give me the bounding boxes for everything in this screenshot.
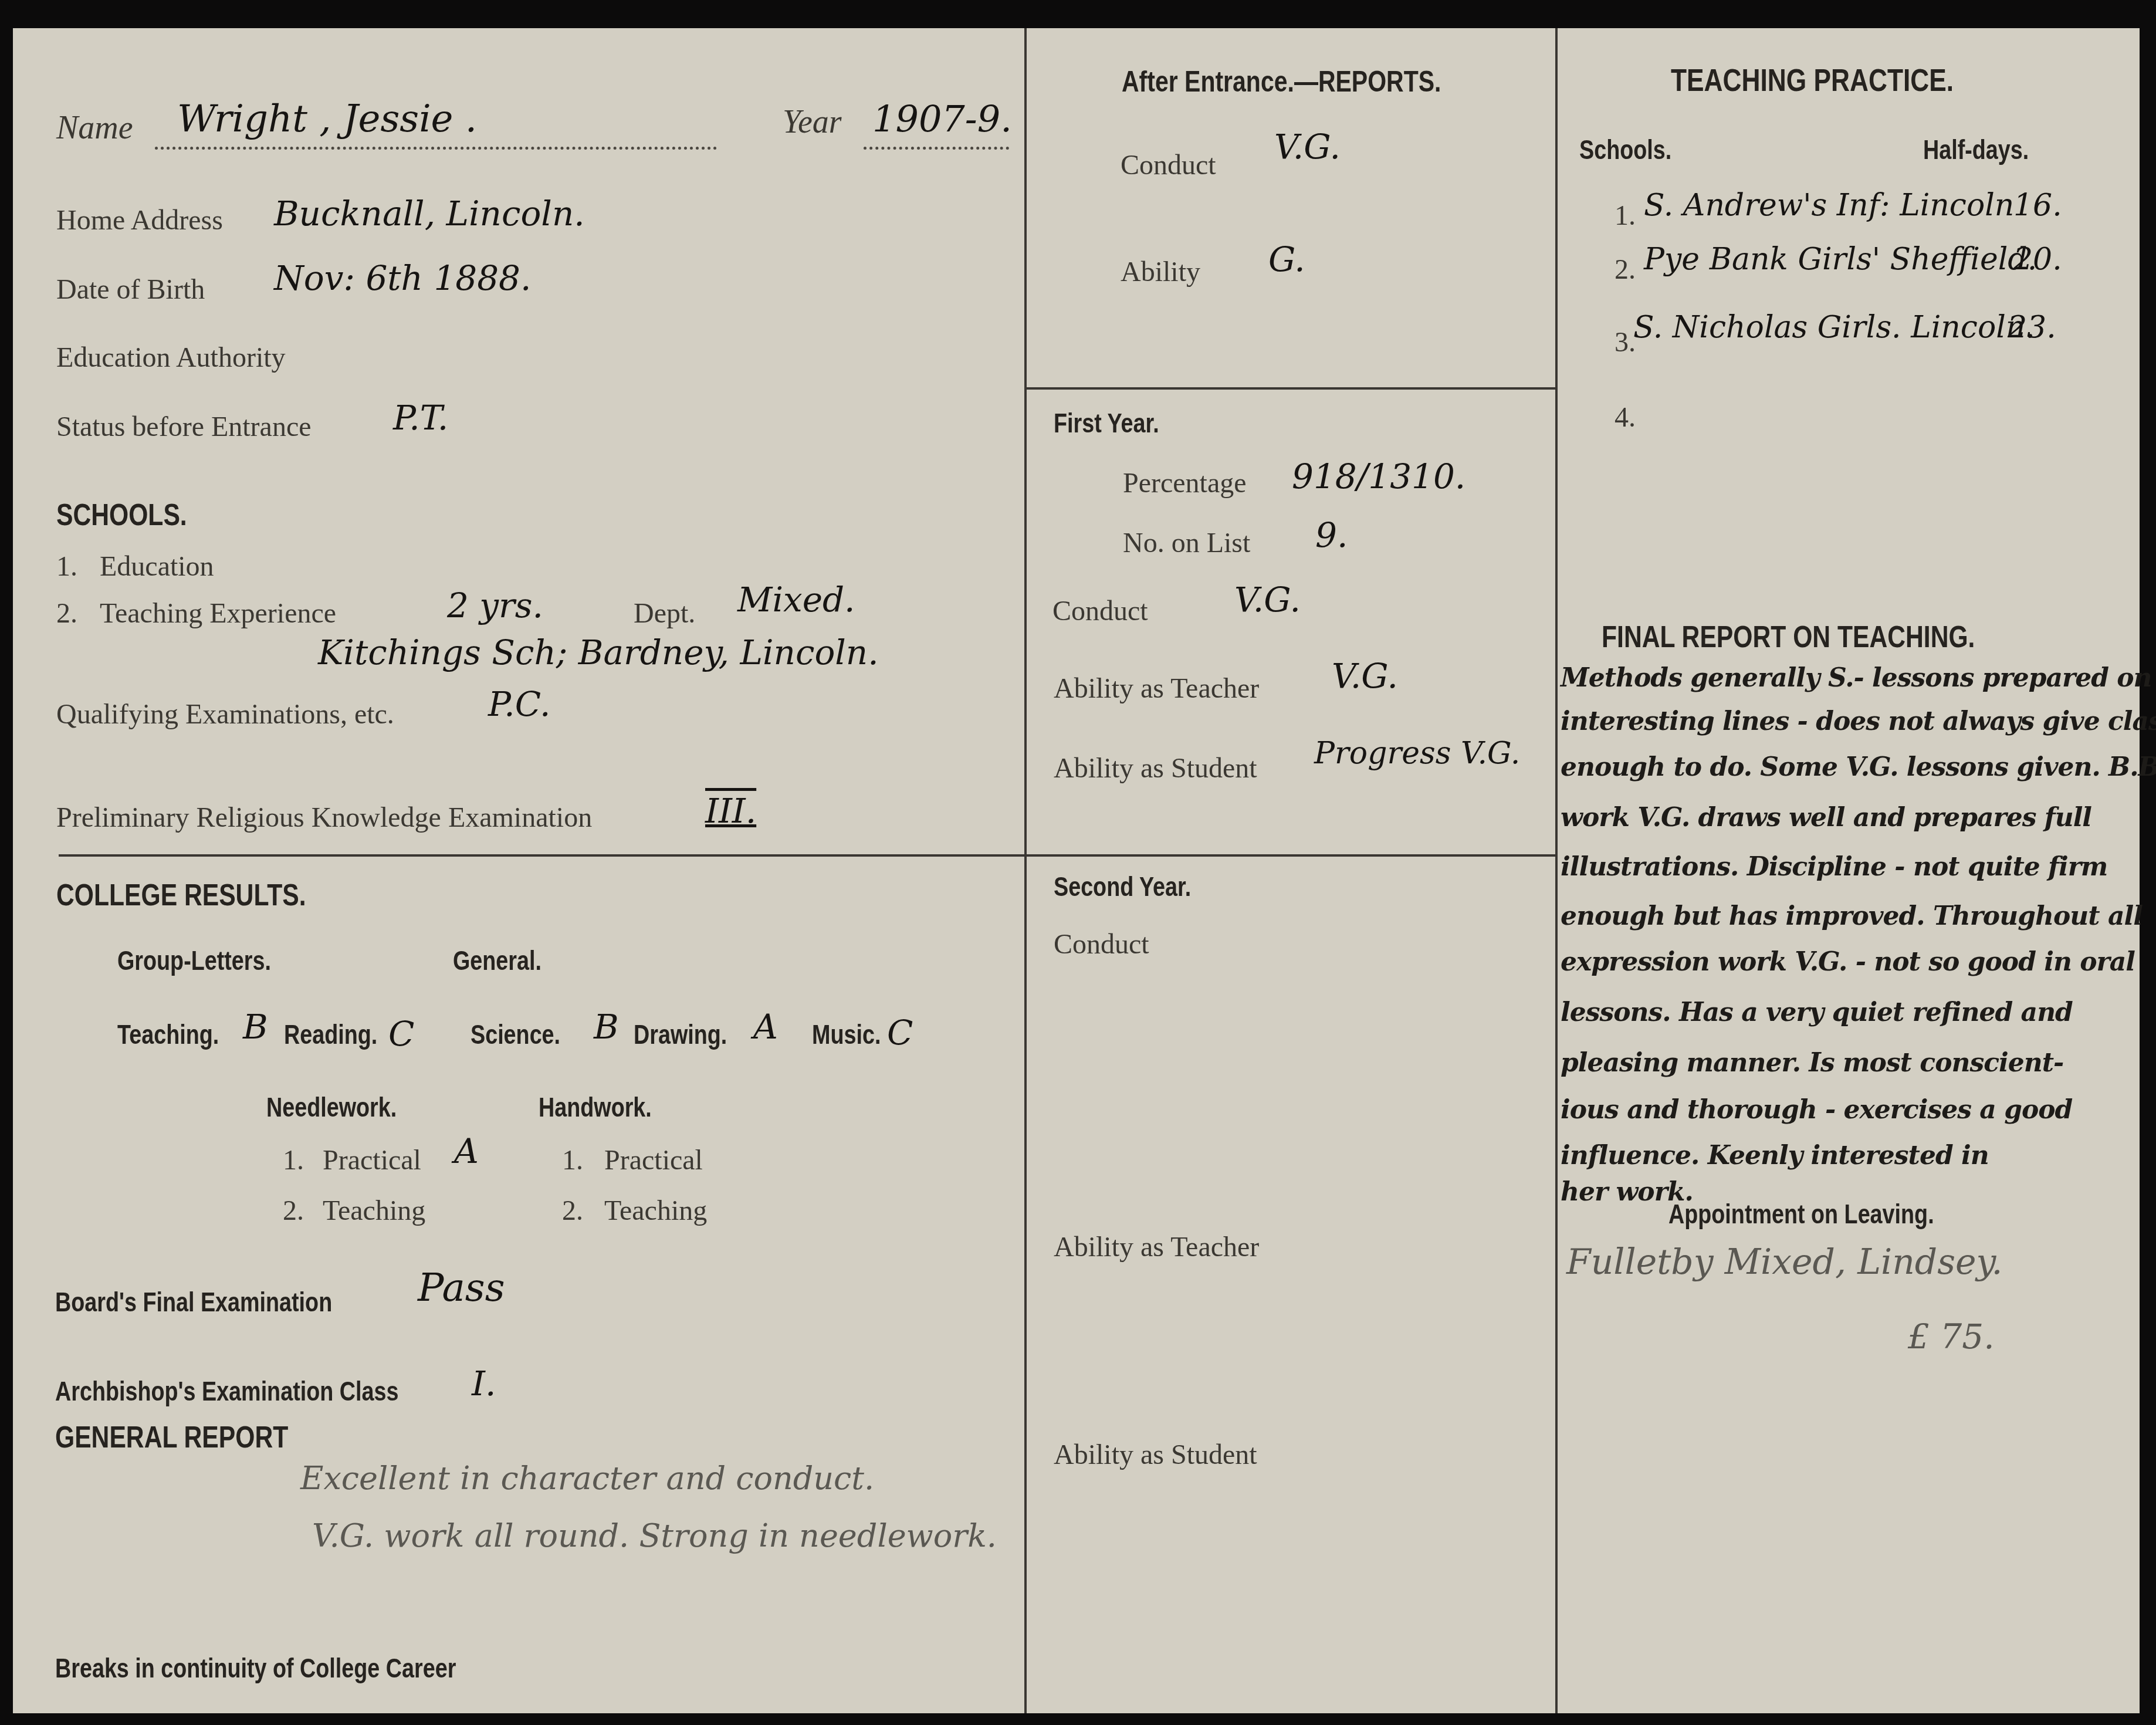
needlework-teaching-label: Teaching	[323, 1195, 425, 1227]
second-year-heading: Second Year.	[1054, 871, 1191, 902]
subject-drawing-label: Drawing.	[634, 1019, 727, 1050]
appointment-salary: £ 75.	[1908, 1317, 1995, 1357]
needlework-practical-label: Practical	[323, 1144, 421, 1176]
final-report-line: enough to do. Some V.G. lessons given. B…	[1561, 752, 2156, 782]
first-year-heading: First Year.	[1054, 407, 1159, 439]
general-report-label: GENERAL REPORT	[55, 1420, 288, 1455]
teaching-years: 2 yrs.	[447, 586, 543, 625]
boards-final-value: Pass	[418, 1265, 505, 1310]
final-report-line: pleasing manner. Is most conscient-	[1561, 1048, 2063, 1078]
subject-drawing-grade: A	[753, 1007, 778, 1047]
education-label: Education	[100, 550, 214, 583]
dept-value: Mixed.	[737, 580, 855, 620]
list-value: 9.	[1315, 515, 1348, 555]
group-letters-label: Group-Letters.	[117, 945, 271, 976]
religious-value: III.	[705, 791, 756, 831]
year-dotted-line	[864, 147, 1009, 150]
education-num: 1.	[56, 550, 77, 583]
subject-teaching-grade: B	[243, 1007, 268, 1047]
after-entrance-conduct-value: V.G.	[1274, 127, 1341, 167]
needlework-teaching-num: 2.	[283, 1195, 304, 1227]
final-report-line: illustrations. Discipline - not quite fi…	[1561, 852, 2107, 882]
percentage-label: Percentage	[1123, 467, 1247, 499]
final-report-line: work V.G. draws well and prepares full	[1561, 803, 2091, 833]
year-label: Year	[783, 103, 842, 141]
first-year-teacher-label: Ability as Teacher	[1054, 672, 1259, 705]
handwork-teaching-label: Teaching	[604, 1195, 707, 1227]
tp-entry-3-school: S. Nicholas Girls. Lincoln.	[1633, 310, 2035, 345]
column-divider-1	[1024, 28, 1027, 1713]
subject-reading-label: Reading.	[284, 1019, 377, 1050]
second-year-teacher-label: Ability as Teacher	[1054, 1231, 1259, 1263]
tp-entry-3-halfdays: 23.	[2008, 310, 2056, 345]
dob-label: Date of Birth	[56, 273, 205, 306]
subject-science-label: Science.	[471, 1019, 560, 1050]
home-address-value: Bucknall, Lincoln.	[274, 194, 585, 234]
appointment-value: Fulletby Mixed, Lindsey.	[1566, 1242, 2003, 1283]
breaks-label: Breaks in continuity of College Career	[55, 1652, 456, 1684]
general-report-line-1: Excellent in character and conduct.	[300, 1460, 874, 1497]
archbishop-label: Archbishop's Examination Class	[55, 1375, 398, 1407]
after-entrance-conduct-label: Conduct	[1121, 149, 1216, 181]
handwork-practical-num: 1.	[562, 1144, 583, 1176]
needlework-label: Needlework.	[266, 1091, 397, 1123]
final-report-line: ious and thorough - exercises a good	[1561, 1095, 2072, 1125]
rule-second-year	[1027, 854, 1555, 857]
final-report-line: expression work V.G. - not so good in or…	[1561, 947, 2135, 977]
general-report-line-2: V.G. work all round. Strong in needlewor…	[312, 1517, 997, 1554]
year-value: 1907-9.	[872, 97, 1012, 140]
rule-after-entrance	[1027, 387, 1555, 390]
teaching-num: 2.	[56, 597, 77, 630]
home-address-label: Home Address	[56, 204, 223, 236]
tp-entry-2-halfdays: 20.	[2013, 242, 2062, 277]
first-year-teacher-value: V.G.	[1332, 656, 1398, 696]
first-year-conduct-label: Conduct	[1052, 595, 1148, 627]
archbishop-value: I.	[472, 1364, 496, 1403]
status-label: Status before Entrance	[56, 411, 311, 443]
final-report-line: lessons. Has a very quiet refined and	[1561, 997, 2073, 1027]
tp-entry-3-num: 3.	[1615, 326, 1636, 358]
teaching-experience-label: Teaching Experience	[100, 597, 336, 630]
after-entrance-ability-label: Ability	[1121, 256, 1200, 288]
tp-entry-1-halfdays: 16.	[2013, 188, 2062, 223]
teaching-school: Kitchings Sch; Bardney, Lincoln.	[318, 632, 879, 672]
percentage-value: 918/1310.	[1292, 456, 1465, 496]
second-year-conduct-label: Conduct	[1054, 928, 1149, 960]
subject-music-label: Music.	[812, 1019, 881, 1050]
schools-heading: SCHOOLS.	[56, 498, 187, 533]
final-report-line: enough but has improved. Throughout all	[1561, 901, 2143, 931]
schools-column-label: Schools.	[1579, 134, 1671, 165]
qualifying-value: P.C.	[488, 684, 550, 724]
general-label: General.	[453, 945, 541, 976]
tp-entry-4-num: 4.	[1615, 401, 1636, 434]
needlework-practical-grade: A	[454, 1131, 479, 1171]
handwork-practical-label: Practical	[604, 1144, 703, 1176]
rule-college-results	[59, 854, 1024, 857]
tp-entry-2-school: Pye Bank Girls' Sheffield.	[1644, 242, 2037, 277]
tp-entry-2-num: 2.	[1615, 253, 1636, 286]
status-value: P.T.	[393, 398, 448, 438]
name-value: Wright , Jessie .	[177, 97, 477, 141]
tp-entry-1-num: 1.	[1615, 199, 1636, 232]
dob-value: Nov: 6th 1888.	[274, 258, 531, 298]
needlework-practical-num: 1.	[283, 1144, 304, 1176]
subject-music-grade: C	[887, 1013, 913, 1053]
boards-final-label: Board's Final Examination	[55, 1286, 332, 1318]
name-label: Name	[56, 109, 133, 147]
final-report-heading: FINAL REPORT ON TEACHING.	[1602, 620, 1975, 655]
final-report-line: influence. Keenly interested in	[1561, 1141, 1989, 1171]
subject-reading-grade: C	[388, 1014, 414, 1054]
first-year-student-label: Ability as Student	[1054, 752, 1257, 784]
name-dotted-line	[155, 147, 717, 150]
final-report-line: interesting lines - does not always give…	[1561, 706, 2156, 736]
final-report-line: Methods generally S.- lessons prepared o…	[1561, 663, 2152, 693]
teaching-practice-heading: TEACHING PRACTICE.	[1671, 62, 1954, 99]
list-label: No. on List	[1123, 527, 1250, 559]
handwork-label: Handwork.	[539, 1091, 652, 1123]
handwork-teaching-num: 2.	[562, 1195, 583, 1227]
second-year-student-label: Ability as Student	[1054, 1439, 1257, 1471]
college-results-heading: COLLEGE RESULTS.	[56, 878, 306, 913]
subject-teaching-label: Teaching.	[117, 1019, 219, 1050]
dept-label: Dept.	[634, 597, 695, 630]
tp-entry-1-school: S. Andrew's Inf: Lincoln	[1644, 188, 2014, 223]
after-entrance-heading: After Entrance.—REPORTS.	[1122, 65, 1441, 99]
halfdays-column-label: Half-days.	[1923, 134, 2029, 165]
subject-science-grade: B	[594, 1007, 619, 1047]
after-entrance-ability-value: G.	[1268, 239, 1305, 279]
appointment-heading: Appointment on Leaving.	[1668, 1198, 1934, 1230]
qualifying-label: Qualifying Examinations, etc.	[56, 698, 394, 730]
column-divider-2	[1555, 28, 1558, 1713]
first-year-conduct-value: V.G.	[1234, 580, 1301, 620]
religious-label: Preliminary Religious Knowledge Examinat…	[56, 801, 592, 834]
first-year-student-value: Progress V.G.	[1314, 736, 1520, 771]
record-card: Name Wright , Jessie . Year 1907-9. Home…	[13, 28, 2140, 1713]
education-authority-label: Education Authority	[56, 341, 286, 374]
